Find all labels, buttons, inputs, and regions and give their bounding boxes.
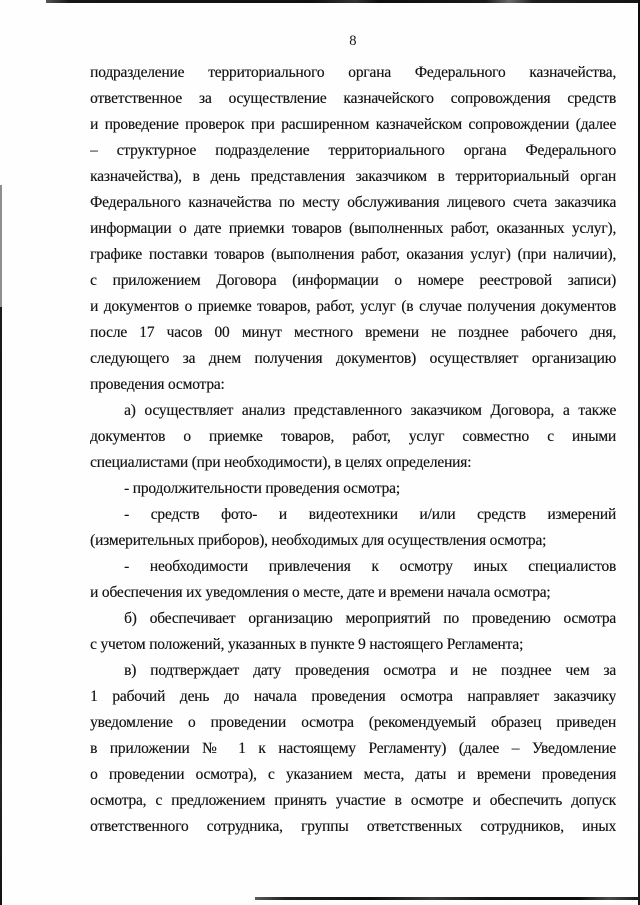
- text-line: уведомление о проведении осмотра (рекоме…: [90, 710, 616, 736]
- paragraph: - необходимости привлечения к осмотру ин…: [90, 554, 616, 606]
- paragraph: - продолжительности проведения осмотра;: [90, 476, 616, 502]
- scan-artifact-left-edge-lower: [0, 307, 2, 905]
- text-line: и проведение проверок при расширенном ка…: [90, 112, 616, 138]
- text-line: (измерительных приборов), необходимых дл…: [90, 528, 616, 554]
- text-line: Федерального казначейства по месту обслу…: [90, 190, 616, 216]
- text-line: в) подтверждает дату проведения осмотра …: [90, 658, 616, 684]
- text-line: ответственного сотрудника, группы ответс…: [90, 814, 616, 840]
- text-line: казначейства), в день представления зака…: [90, 164, 616, 190]
- text-line: ответственное за осуществление казначейс…: [90, 86, 616, 112]
- document-page: 8 подразделение территориального органа …: [0, 0, 640, 905]
- text-line: в приложении № 1 к настоящему Регламенту…: [90, 736, 616, 762]
- paragraph: а) осуществляет анализ представленного з…: [90, 398, 616, 476]
- text-line: – структурное подразделение территориаль…: [90, 138, 616, 164]
- text-line: б) обеспечивает организацию мероприятий …: [90, 606, 616, 632]
- text-line: 1 рабочий день до начала проведения осмо…: [90, 684, 616, 710]
- scan-artifact-top-edge: [46, 0, 640, 3]
- text-line: специалистами (при необходимости), в цел…: [90, 450, 616, 476]
- text-line: информации о дате приемки товаров (выпол…: [90, 216, 616, 242]
- scan-artifact-bottom-edge: [255, 897, 640, 900]
- text-line: о проведении осмотра), с указанием места…: [90, 762, 616, 788]
- text-line: с учетом положений, указанных в пункте 9…: [90, 632, 616, 658]
- text-line: с приложением Договора (информации о ном…: [90, 268, 616, 294]
- scan-artifact-left-edge-upper: [0, 185, 2, 307]
- text-line: - необходимости привлечения к осмотру ин…: [90, 554, 616, 580]
- text-line: документов о приемке товаров, работ, усл…: [90, 424, 616, 450]
- text-line: осмотра, с предложением принять участие …: [90, 788, 616, 814]
- text-line: - средств фото- и видеотехники и/или сре…: [90, 502, 616, 528]
- text-line: подразделение территориального органа Фе…: [90, 60, 616, 86]
- paragraph: подразделение территориального органа Фе…: [90, 60, 616, 398]
- text-line: после 17 часов 00 минут местного времени…: [90, 320, 616, 346]
- text-line: проведения осмотра:: [90, 372, 616, 398]
- paragraph: б) обеспечивает организацию мероприятий …: [90, 606, 616, 658]
- paragraph: в) подтверждает дату проведения осмотра …: [90, 658, 616, 840]
- text-line: и обеспечения их уведомления о месте, да…: [90, 580, 616, 606]
- text-line: следующего за днем получения документов)…: [90, 346, 616, 372]
- paragraph: - средств фото- и видеотехники и/или сре…: [90, 502, 616, 554]
- text-line: а) осуществляет анализ представленного з…: [90, 398, 616, 424]
- text-line: графике поставки товаров (выполнения раб…: [90, 242, 616, 268]
- text-line: - продолжительности проведения осмотра;: [90, 476, 616, 502]
- document-body: подразделение территориального органа Фе…: [90, 60, 616, 840]
- text-line: и документов о приемке товаров, работ, у…: [90, 294, 616, 320]
- page-number: 8: [90, 33, 616, 50]
